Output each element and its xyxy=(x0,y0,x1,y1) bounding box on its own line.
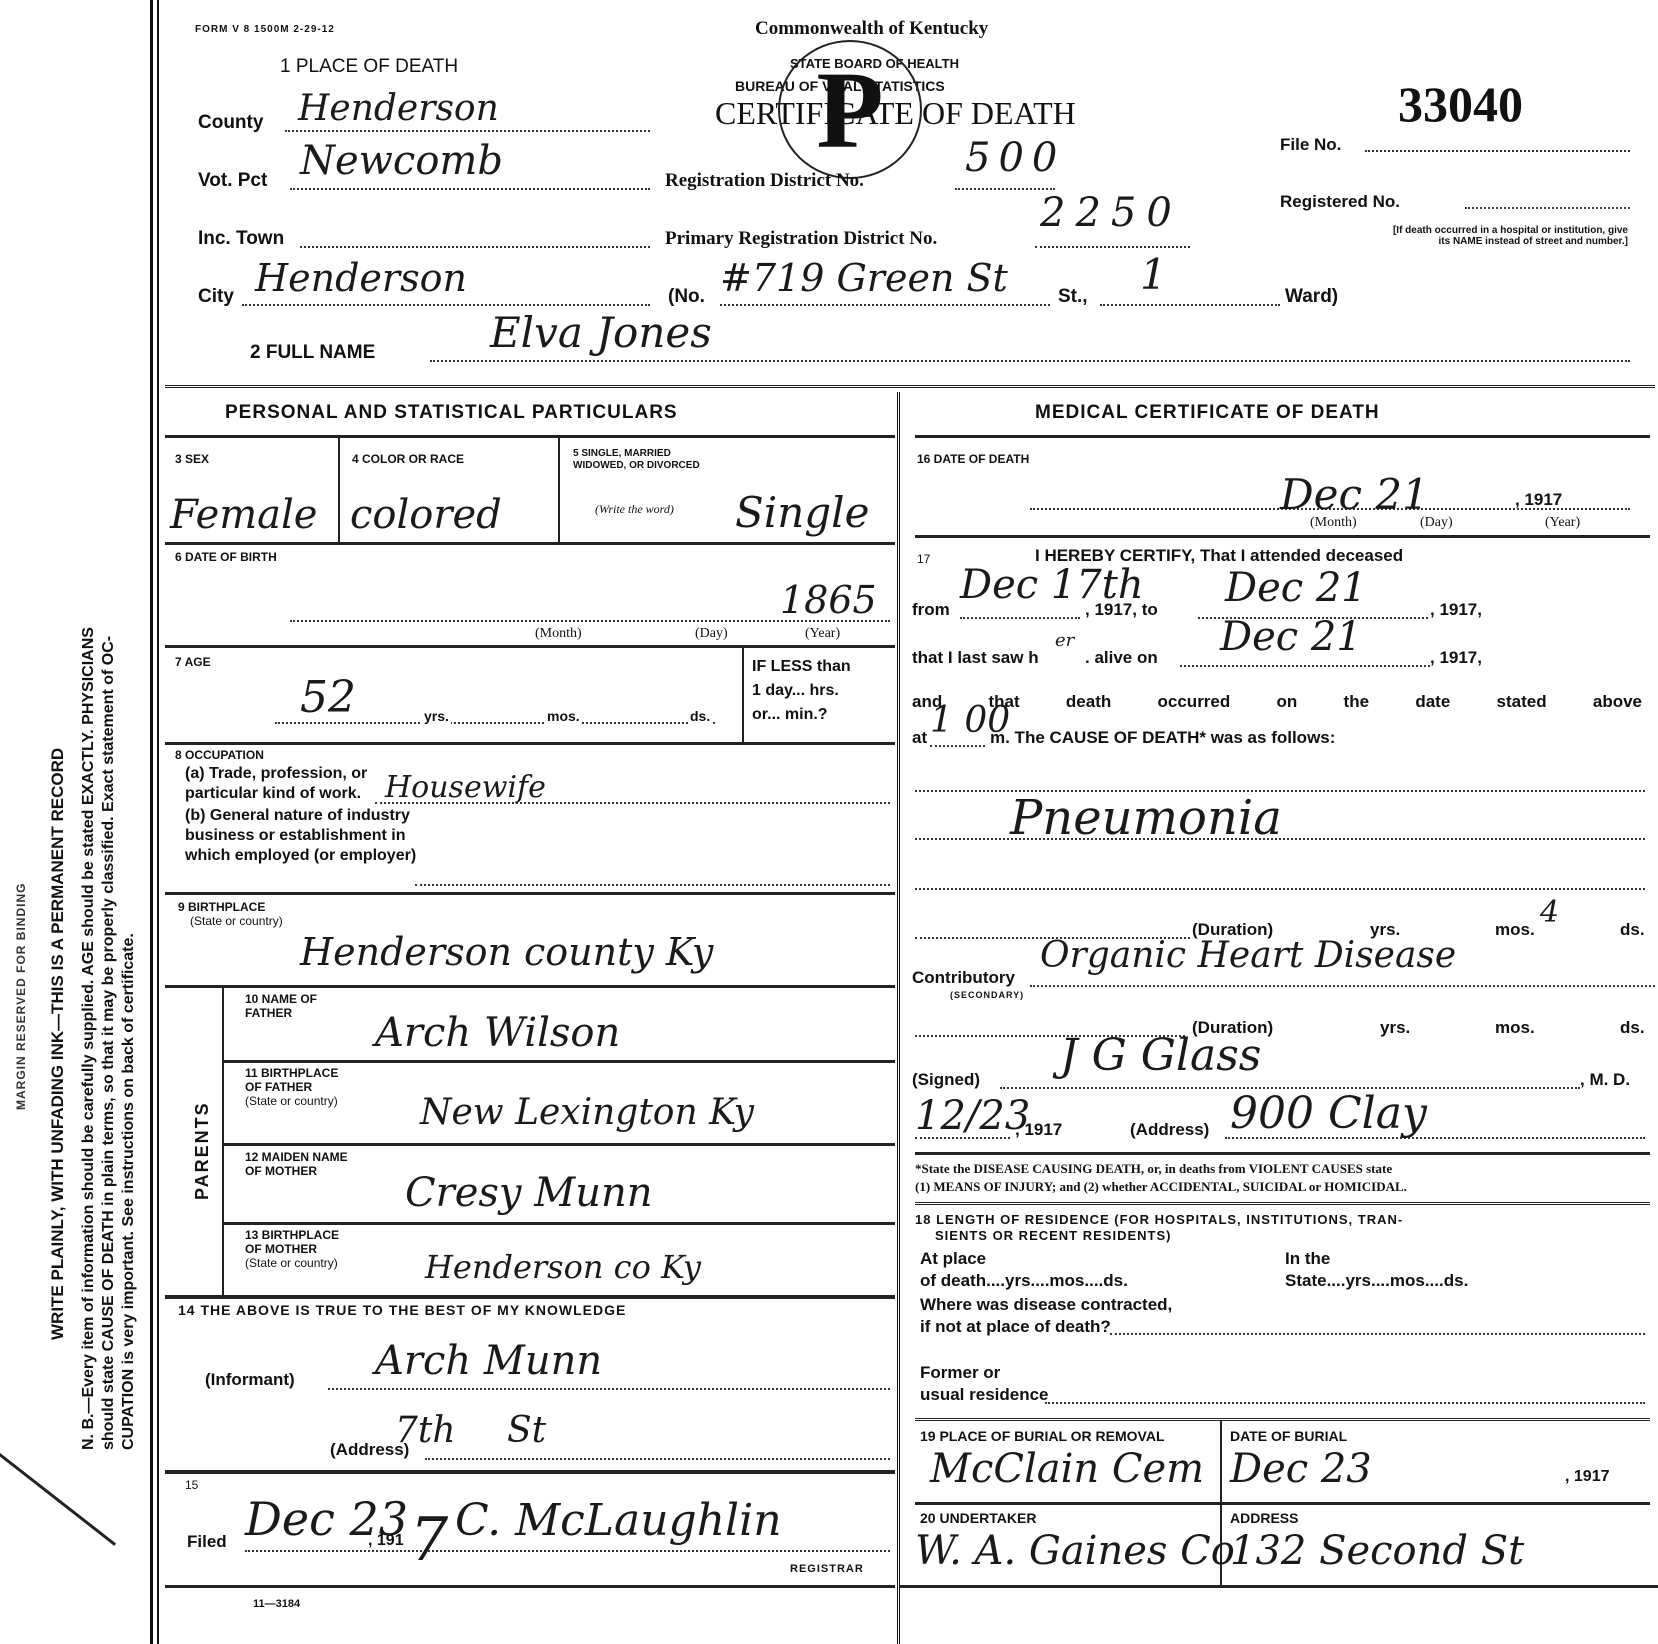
undertaker-label: 20 UNDERTAKER xyxy=(920,1510,1036,1526)
informant-address-value[interactable]: 7th St xyxy=(395,1410,546,1451)
name-divider xyxy=(165,385,1655,391)
file-number-stamp: 33040 xyxy=(1398,75,1523,133)
county-value[interactable]: Henderson xyxy=(298,88,499,129)
contracted-field[interactable] xyxy=(1110,1333,1645,1335)
footnote-line-2: (1) MEANS OF INJURY; and (2) whether ACC… xyxy=(915,1178,1650,1196)
secondary-label: (SECONDARY) xyxy=(950,990,1024,1000)
if-less-line-2: 1 day... hrs. xyxy=(752,679,851,703)
undertaker-address-value[interactable]: 132 Second St xyxy=(1230,1528,1524,1574)
footer-code: 11—3184 xyxy=(253,1598,300,1610)
former-line-1: Former or xyxy=(920,1362,1049,1384)
signed-date-value[interactable]: 12/23 xyxy=(915,1093,1030,1139)
former-line-2: usual residence xyxy=(920,1384,1049,1406)
residence-label-line-1: 18 LENGTH OF RESIDENCE (FOR HOSPITALS, I… xyxy=(915,1212,1403,1228)
father-bp-line-2: OF FATHER xyxy=(245,1080,338,1094)
father-value[interactable]: Arch Wilson xyxy=(375,1010,620,1056)
race-label: 4 COLOR OR RACE xyxy=(352,452,464,466)
form-number: FORM V 8 1500M 2-29-12 xyxy=(195,24,335,35)
contracted-label: Where was disease contracted, if not at … xyxy=(920,1294,1172,1338)
registered-no-field[interactable] xyxy=(1465,207,1630,209)
occurred-text: and that death occurred on the date stat… xyxy=(912,692,1642,712)
occupation-label: 8 OCCUPATION xyxy=(175,748,264,762)
medical-rule-3 xyxy=(915,1202,1650,1208)
row-rule-11 xyxy=(165,1585,895,1588)
center-divider xyxy=(897,392,903,1644)
signed-year-label: , 1917 xyxy=(1015,1120,1062,1140)
personal-heading-rule xyxy=(165,435,895,438)
dod-value[interactable]: Dec 21 xyxy=(1280,470,1429,519)
dod-year: , 1917 xyxy=(1515,490,1562,510)
in-the-state: In the State....yrs....mos....ds. xyxy=(1175,1248,1468,1292)
informant-address-field[interactable] xyxy=(425,1458,890,1460)
ward-label: Ward) xyxy=(1285,286,1338,308)
county-label: County xyxy=(198,112,263,134)
contracted-line-1: Where was disease contracted, xyxy=(920,1294,1172,1316)
footnote: *State the DISEASE CAUSING DEATH, or, in… xyxy=(915,1160,1650,1196)
burial-date-value[interactable]: Dec 23 xyxy=(1230,1446,1372,1492)
cause-value[interactable]: Pneumonia xyxy=(1010,790,1282,846)
birthplace-value[interactable]: Henderson county Ky xyxy=(300,930,713,974)
dob-day-caption: (Day) xyxy=(695,626,728,642)
row-rule-2 xyxy=(165,645,895,648)
age-value[interactable]: 52 xyxy=(300,672,356,723)
md-label: , M. D. xyxy=(1580,1070,1630,1090)
occupation-a-line-1: (a) Trade, profession, or xyxy=(185,764,367,784)
st-label: St., xyxy=(1058,286,1088,308)
time-field[interactable] xyxy=(930,745,985,747)
instructions-line-2: should state CAUSE OF DEATH in plain ter… xyxy=(100,636,118,1450)
filed-field[interactable] xyxy=(245,1550,890,1552)
race-marital-divider xyxy=(558,437,560,542)
instructions-line-3: CUPATION is very important. See instruct… xyxy=(120,933,138,1450)
from-year-label: , 1917, to xyxy=(1085,600,1158,620)
row-rule-4 xyxy=(165,892,895,895)
row-rule-3 xyxy=(165,742,895,745)
physician-signature[interactable]: J G Glass xyxy=(1060,1030,1261,1081)
at-label: at xyxy=(912,728,927,748)
sex-value[interactable]: Female xyxy=(170,492,317,538)
dod-month-caption: (Month) xyxy=(1310,515,1357,531)
signed-label: (Signed) xyxy=(912,1070,980,1090)
to-year-label: , 1917, xyxy=(1430,600,1482,620)
marital-label: 5 SINGLE, MARRIED WIDOWED, OR DIVORCED xyxy=(573,448,703,472)
father-label: 10 NAME OF FATHER xyxy=(245,992,317,1020)
place-of-death-heading: 1 PLACE OF DEATH xyxy=(280,56,458,78)
burial-year: , 1917 xyxy=(1565,1468,1609,1486)
instructions-line-1: N. B.—Every item of information should b… xyxy=(80,627,98,1450)
inc-town-field[interactable] xyxy=(300,246,650,248)
file-no-field[interactable] xyxy=(1365,150,1630,152)
registrar-signature[interactable]: C. McLaughlin xyxy=(455,1495,782,1546)
duration-mos-label-2: mos. xyxy=(1495,1018,1535,1038)
medical-heading: MEDICAL CERTIFICATE OF DEATH xyxy=(1035,402,1380,424)
dob-label: 6 DATE OF BIRTH xyxy=(175,550,277,564)
vot-pct-value[interactable]: Newcomb xyxy=(300,138,503,184)
cause-intro-text: m. The CAUSE OF DEATH* was as follows: xyxy=(990,728,1335,748)
parents-divider xyxy=(222,985,224,1295)
from-label: from xyxy=(912,600,950,620)
file-no-label: File No. xyxy=(1280,135,1341,155)
margin-reserved-text: MARGIN RESERVED FOR BINDING xyxy=(14,883,28,1110)
medical-rule-4 xyxy=(915,1418,1650,1424)
county-field[interactable] xyxy=(285,130,650,132)
vot-pct-field[interactable] xyxy=(290,188,650,190)
left-border-outer xyxy=(150,0,153,1644)
fold-line xyxy=(0,1445,116,1546)
row-rule-6 xyxy=(222,1060,895,1063)
alive-label: . alive on xyxy=(1085,648,1158,668)
ward-field[interactable] xyxy=(1100,304,1280,306)
former-residence-label: Former or usual residence xyxy=(920,1362,1049,1406)
informant-label: (Informant) xyxy=(205,1370,295,1390)
filed-year-digit[interactable]: 7 xyxy=(410,1505,448,1575)
full-name-field[interactable] xyxy=(430,360,1630,362)
mother-label-line-1: 12 MAIDEN NAME xyxy=(245,1150,348,1164)
at-place-of-death: At place of death....yrs....mos....ds. xyxy=(920,1248,1128,1292)
duration-mos-label-1: mos. xyxy=(1495,920,1535,940)
father-bp-line-1: 11 BIRTHPLACE xyxy=(245,1066,338,1080)
alive-field[interactable] xyxy=(1180,665,1430,667)
street-no-label: (No. xyxy=(668,286,705,308)
occupation-b-field[interactable] xyxy=(415,884,890,886)
city-value[interactable]: Henderson xyxy=(255,256,467,300)
row-rule-10 xyxy=(165,1470,895,1474)
filed-number: 15 xyxy=(185,1478,198,1492)
occupation-b-line-2: business or establishment in xyxy=(185,826,416,846)
informant-field[interactable] xyxy=(328,1388,890,1390)
to-value[interactable]: Dec 21 xyxy=(1225,565,1367,611)
sex-label: 3 SEX xyxy=(175,452,209,466)
knowledge-label: 14 THE ABOVE IS TRUE TO THE BEST OF MY K… xyxy=(178,1302,626,1318)
last-saw-label: that I last saw h xyxy=(912,648,1039,668)
row-rule-9 xyxy=(165,1295,895,1299)
mother-bp-line-3: (State or country) xyxy=(245,1256,339,1270)
full-name-label: 2 FULL NAME xyxy=(250,342,375,364)
burial-place-label: 19 PLACE OF BURIAL OR REMOVAL xyxy=(920,1428,1165,1444)
registrar-label: REGISTRAR xyxy=(790,1563,864,1575)
contributory-field[interactable] xyxy=(1030,985,1655,987)
dod-day-caption: (Day) xyxy=(1420,515,1453,531)
if-less-line-1: IF LESS than xyxy=(752,655,851,679)
certify-number: 17 xyxy=(917,552,930,566)
p-stamp: P xyxy=(778,40,922,179)
from-field[interactable] xyxy=(960,617,1080,619)
reg-district-value[interactable]: 500 xyxy=(965,135,1065,181)
last-saw-pronoun[interactable]: er xyxy=(1055,630,1074,651)
physician-address-label: (Address) xyxy=(1130,1120,1209,1140)
duration-ds-label-1: ds. xyxy=(1620,920,1645,940)
father-label-line-1: 10 NAME OF xyxy=(245,992,317,1006)
father-birthplace-value[interactable]: New Lexington Ky xyxy=(420,1092,754,1133)
occupation-a-value[interactable]: Housewife xyxy=(385,770,546,805)
residence-label-line-2: SIENTS OR RECENT RESIDENTS) xyxy=(915,1228,1403,1244)
informant-value[interactable]: Arch Munn xyxy=(375,1338,602,1384)
contributory-value[interactable]: Organic Heart Disease xyxy=(1040,935,1456,976)
row-rule-5 xyxy=(165,985,895,988)
city-label: City xyxy=(198,286,234,308)
if-less-box: IF LESS than 1 day... hrs. or... min.? xyxy=(752,655,851,727)
burial-place-value[interactable]: McClain Cem xyxy=(930,1446,1204,1492)
at-place-line-2[interactable]: of death....yrs....mos....ds. xyxy=(920,1270,1128,1292)
ink-warning-text: WRITE PLAINLY, WITH UNFADING INK—THIS IS… xyxy=(48,748,68,1340)
occupation-a-label: (a) Trade, profession, or particular kin… xyxy=(185,764,367,804)
in-state-line-2[interactable]: State....yrs....mos....ds. xyxy=(1175,1270,1468,1292)
medical-rule-5 xyxy=(915,1502,1650,1505)
vot-pct-label: Vot. Pct xyxy=(198,170,267,192)
father-birthplace-label: 11 BIRTHPLACE OF FATHER (State or countr… xyxy=(245,1066,338,1108)
medical-rule-2 xyxy=(915,1152,1650,1155)
if-less-line-3: or... min.? xyxy=(752,703,851,727)
hospital-note: [If death occurred in a hospital or inst… xyxy=(1388,225,1628,247)
duration-yrs-label-2: yrs. xyxy=(1380,1018,1410,1038)
mother-birthplace-value[interactable]: Henderson co Ky xyxy=(425,1248,701,1286)
occupation-b-line-1: (b) General nature of industry xyxy=(185,806,416,826)
age-yrs-label: yrs. xyxy=(422,708,451,724)
left-margin: MARGIN RESERVED FOR BINDING WRITE PLAINL… xyxy=(0,0,150,1644)
dod-year-caption: (Year) xyxy=(1545,515,1580,531)
father-label-line-2: FATHER xyxy=(245,1006,317,1020)
age-label: 7 AGE xyxy=(175,655,211,669)
occupation-b-line-3: which employed (or employer) xyxy=(185,846,416,866)
personal-heading: PERSONAL AND STATISTICAL PARTICULARS xyxy=(225,402,678,424)
mother-birthplace-label: 13 BIRTHPLACE OF MOTHER (State or countr… xyxy=(245,1228,339,1270)
mother-bp-line-2: OF MOTHER xyxy=(245,1242,339,1256)
sex-race-divider xyxy=(338,437,340,542)
undertaker-value[interactable]: W. A. Gaines Co xyxy=(915,1528,1235,1574)
duration-ds-label-2: ds. xyxy=(1620,1018,1645,1038)
city-field[interactable] xyxy=(242,304,650,306)
footnote-line-1: *State the DISEASE CAUSING DEATH, or, in… xyxy=(915,1160,1650,1178)
reg-district-label: Registration District No. xyxy=(665,170,864,192)
former-residence-field[interactable] xyxy=(1045,1402,1645,1404)
filed-year-label: , 191 xyxy=(368,1532,404,1550)
medical-heading-rule xyxy=(915,435,1650,438)
primary-reg-field[interactable] xyxy=(1035,246,1190,248)
age-less-divider xyxy=(742,646,744,742)
birthplace-hint: (State or country) xyxy=(190,914,283,928)
age-mos-label: mos. xyxy=(545,708,582,724)
in-state-line-1: In the xyxy=(1175,1248,1468,1270)
cause-line-3[interactable] xyxy=(915,888,1645,890)
mother-value[interactable]: Cresy Munn xyxy=(405,1170,652,1216)
mother-label: 12 MAIDEN NAME OF MOTHER xyxy=(245,1150,348,1178)
inc-town-label: Inc. Town xyxy=(198,228,284,250)
row-rule-8 xyxy=(222,1222,895,1225)
mother-label-line-2: OF MOTHER xyxy=(245,1164,348,1178)
alive-year-label: , 1917, xyxy=(1430,648,1482,668)
physician-address-value[interactable]: 900 Clay xyxy=(1230,1088,1427,1139)
father-bp-line-3: (State or country) xyxy=(245,1094,338,1108)
row-rule-7 xyxy=(222,1143,895,1146)
commonwealth-title: Commonwealth of Kentucky xyxy=(755,18,988,40)
dob-month-caption: (Month) xyxy=(535,626,582,642)
primary-reg-value[interactable]: 2250 xyxy=(1040,190,1182,236)
full-name-value[interactable]: Elva Jones xyxy=(490,308,712,357)
race-value[interactable]: colored xyxy=(350,492,502,538)
primary-reg-label: Primary Registration District No. xyxy=(665,228,937,250)
birthplace-label: 9 BIRTHPLACE xyxy=(178,900,265,914)
duration-mos-value[interactable]: 4 xyxy=(1540,895,1559,930)
ward-value[interactable]: 1 xyxy=(1140,250,1167,299)
medical-rule-1 xyxy=(915,535,1650,538)
marital-hint: (Write the word) xyxy=(595,502,674,517)
filed-label: Filed xyxy=(187,1532,227,1552)
occupation-a-line-2: particular kind of work. xyxy=(185,784,367,804)
dob-year-value[interactable]: 1865 xyxy=(780,578,877,622)
marital-value[interactable]: Single xyxy=(735,488,869,537)
registered-no-label: Registered No. xyxy=(1280,192,1400,212)
age-ds-label: ds. xyxy=(688,708,712,724)
residence-label: 18 LENGTH OF RESIDENCE (FOR HOSPITALS, I… xyxy=(915,1212,1403,1244)
row-rule-1 xyxy=(165,542,895,545)
burial-date-label: DATE OF BURIAL xyxy=(1230,1428,1347,1444)
left-border-inner xyxy=(157,0,159,1644)
dob-year-caption: (Year) xyxy=(805,626,840,642)
dod-label: 16 DATE OF DEATH xyxy=(917,452,1029,466)
parents-label: PARENTS xyxy=(192,1101,213,1200)
undertaker-address-label: ADDRESS xyxy=(1230,1510,1298,1526)
bottom-rule xyxy=(900,1585,1658,1588)
street-field[interactable] xyxy=(720,304,1050,306)
street-value[interactable]: #719 Green St xyxy=(720,256,1008,300)
at-place-line-1: At place xyxy=(920,1248,1128,1270)
mother-bp-line-1: 13 BIRTHPLACE xyxy=(245,1228,339,1242)
p-stamp-letter: P xyxy=(816,55,883,165)
contributory-label: Contributory xyxy=(912,968,1015,988)
occupation-b-label: (b) General nature of industry business … xyxy=(185,806,416,866)
alive-value[interactable]: Dec 21 xyxy=(1220,614,1362,660)
